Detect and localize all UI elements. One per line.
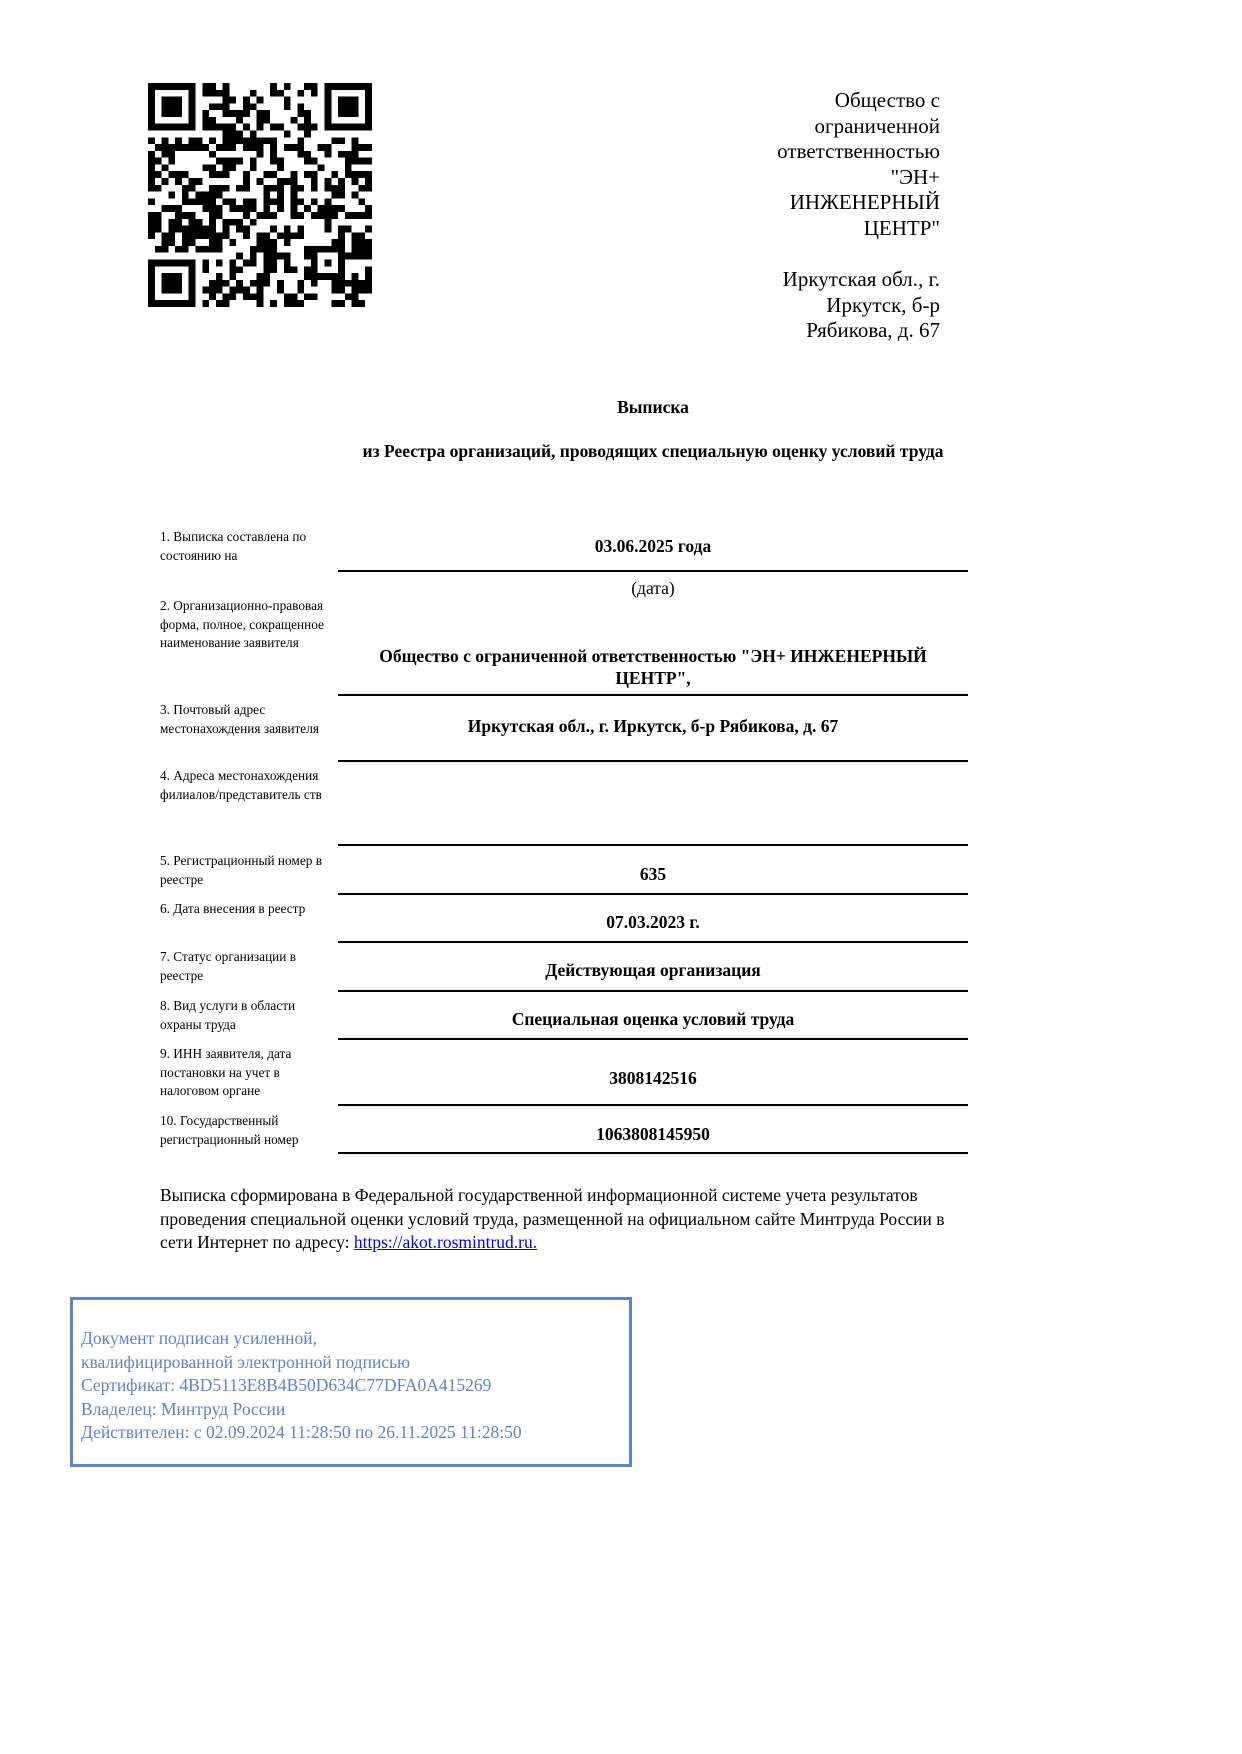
field-label: 1. Выписка составлена по состоянию на <box>160 528 332 565</box>
qr-code-icon <box>148 83 372 307</box>
field-label: 5. Регистрационный номер в реестре <box>160 852 332 889</box>
signature-validity: Действителен: с 02.09.2024 11:28:50 по 2… <box>81 1421 522 1445</box>
divider <box>338 1152 968 1154</box>
divider <box>338 1038 968 1040</box>
divider <box>338 694 968 696</box>
field-value: Иркутская обл., г. Иркутск, б-р Рябикова… <box>338 715 968 737</box>
document-title: Выписка <box>0 397 1242 418</box>
divider <box>338 844 968 846</box>
signature-line: Документ подписан усиленной, <box>81 1327 522 1351</box>
recipient-name-line: Общество с <box>777 88 940 114</box>
document-subtitle: из Реестра организаций, проводящих специ… <box>0 441 1242 462</box>
divider <box>338 1104 968 1106</box>
recipient-address-line: Иркутская обл., г. <box>777 267 940 293</box>
electronic-signature-stamp: Документ подписан усиленной, квалифициро… <box>70 1297 632 1467</box>
recipient-name-line: "ЭН+ <box>777 165 940 191</box>
field-value: Общество с ограниченной ответственностью… <box>368 645 938 689</box>
field-value: 03.06.2025 года <box>338 535 968 557</box>
divider <box>338 941 968 943</box>
field-caption-date: (дата) <box>338 578 968 599</box>
rosmintrud-link[interactable]: https://akot.rosmintrud.ru. <box>354 1232 537 1252</box>
field-value: 07.03.2023 г. <box>338 911 968 933</box>
recipient-name-line: ответственностью <box>777 139 940 165</box>
field-value: 3808142516 <box>338 1067 968 1089</box>
divider <box>338 990 968 992</box>
field-value: 1063808145950 <box>338 1123 968 1145</box>
divider <box>338 570 968 572</box>
status-badge: Действующая организация <box>338 959 968 981</box>
recipient-name-line: ЦЕНТР" <box>777 216 940 242</box>
field-value: Специальная оценка условий труда <box>338 1008 968 1030</box>
recipient-block: Общество с ограниченной ответственностью… <box>777 88 940 344</box>
divider <box>338 760 968 762</box>
field-label: 6. Дата внесения в реестр <box>160 900 332 919</box>
signature-certificate: Сертификат: 4BD5113E8B4B50D634C77DFA0A41… <box>81 1374 522 1398</box>
recipient-name-line: ИНЖЕНЕРНЫЙ <box>777 190 940 216</box>
signature-line: квалифицированной электронной подписью <box>81 1351 522 1375</box>
recipient-address-line: Иркутск, б-р <box>777 293 940 319</box>
field-label: 10. Государственный регистрационный номе… <box>160 1112 332 1149</box>
field-label: 2. Организационно-правовая форма, полное… <box>160 597 332 653</box>
recipient-address-line: Рябикова, д. 67 <box>777 318 940 344</box>
recipient-name-line: ограниченной <box>777 114 940 140</box>
field-label: 7. Статус организации в реестре <box>160 948 332 985</box>
field-label: 3. Почтовый адрес местонахождения заявит… <box>160 701 332 738</box>
signature-owner: Владелец: Минтруд России <box>81 1398 522 1422</box>
field-label: 4. Адреса местонахождения филиалов/предс… <box>160 767 332 804</box>
field-label: 8. Вид услуги в области охраны труда <box>160 997 332 1034</box>
footer-text: Выписка сформирована в Федеральной госуд… <box>160 1185 945 1252</box>
divider <box>338 893 968 895</box>
field-label: 9. ИНН заявителя, дата постановки на уче… <box>160 1045 332 1101</box>
field-value: 635 <box>338 863 968 885</box>
footer-note: Выписка сформирована в Федеральной госуд… <box>160 1184 980 1255</box>
